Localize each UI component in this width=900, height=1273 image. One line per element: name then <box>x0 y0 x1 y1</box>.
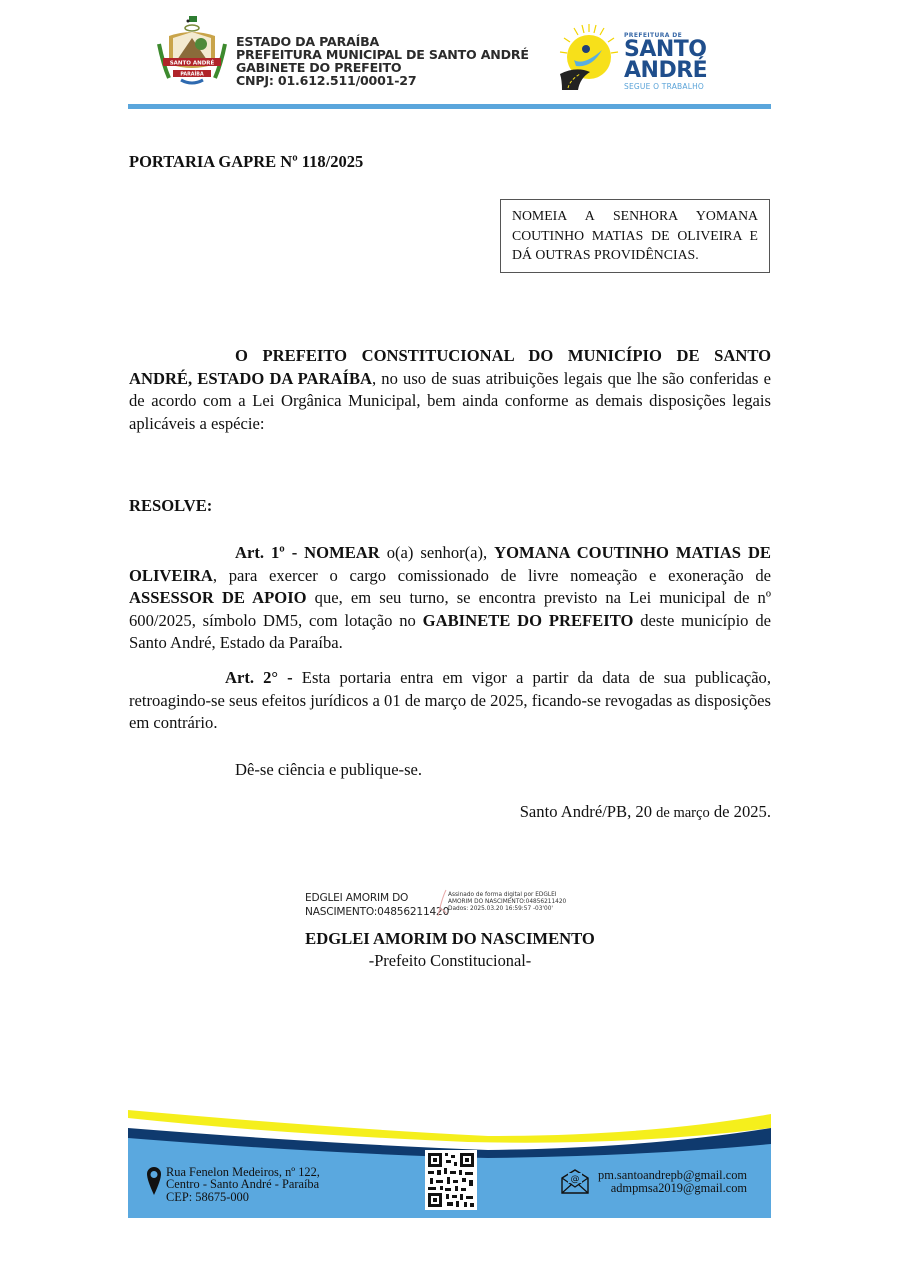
digital-signature-name: EDGLEI AMORIM DO NASCIMENTO:04856211420 <box>305 891 449 919</box>
resolve-heading: RESOLVE: <box>129 496 212 516</box>
map-pin-icon <box>146 1166 162 1201</box>
institution-header: ESTADO DA PARAÍBA PREFEITURA MUNICIPAL D… <box>236 35 529 87</box>
closing-line: Dê-se ciência e publique-se. <box>235 760 422 780</box>
digital-signature-info: Assinado de forma digital por EDGLEI AMO… <box>448 892 566 913</box>
signatory-role: -Prefeito Constitucional- <box>0 951 900 971</box>
footer-contact: @ pm.santoandrepb@gmail.com admpmsa2019@… <box>560 1169 747 1200</box>
footer-address: Rua Fenelon Medeiros, nº 122, Centro - S… <box>146 1166 320 1203</box>
email-link[interactable]: pm.santoandrepb@gmail.com <box>598 1169 747 1182</box>
email-link[interactable]: admpmsa2019@gmail.com <box>598 1182 747 1195</box>
envelope-at-icon: @ <box>560 1169 590 1200</box>
document-date: Santo André/PB, 20 de março de 2025. <box>520 802 771 822</box>
header-divider <box>128 104 771 109</box>
sun-road-logo-icon <box>556 22 622 92</box>
ementa-box: NOMEIA A SENHORA YOMANA COUTINHO MATIAS … <box>500 199 770 273</box>
svg-text:@: @ <box>571 1175 580 1185</box>
article-1: Art. 1º - NOMEAR o(a) senhor(a), YOMANA … <box>129 542 771 655</box>
header-line: CNPJ: 01.612.511/0001-27 <box>236 74 529 87</box>
coat-of-arms-icon: SANTO ANDRÉ PARAÍBA <box>155 14 229 90</box>
signatory-name: EDGLEI AMORIM DO NASCIMENTO <box>0 929 900 949</box>
document-title: PORTARIA GAPRE Nº 118/2025 <box>129 152 363 172</box>
signature-mark-icon <box>436 888 448 918</box>
preamble-paragraph: O PREFEITO CONSTITUCIONAL DO MUNICÍPIO D… <box>129 345 771 435</box>
brand-wordmark: PREFEITURA DE SANTO ANDRÉ SEGUE O TRABAL… <box>624 32 707 91</box>
qr-code-icon[interactable] <box>425 1150 477 1210</box>
footer-banner: Rua Fenelon Medeiros, nº 122, Centro - S… <box>128 1106 771 1218</box>
article-2: Art. 2° - Esta portaria entra em vigor a… <box>129 667 771 735</box>
svg-text:SANTO ANDRÉ: SANTO ANDRÉ <box>170 59 215 67</box>
